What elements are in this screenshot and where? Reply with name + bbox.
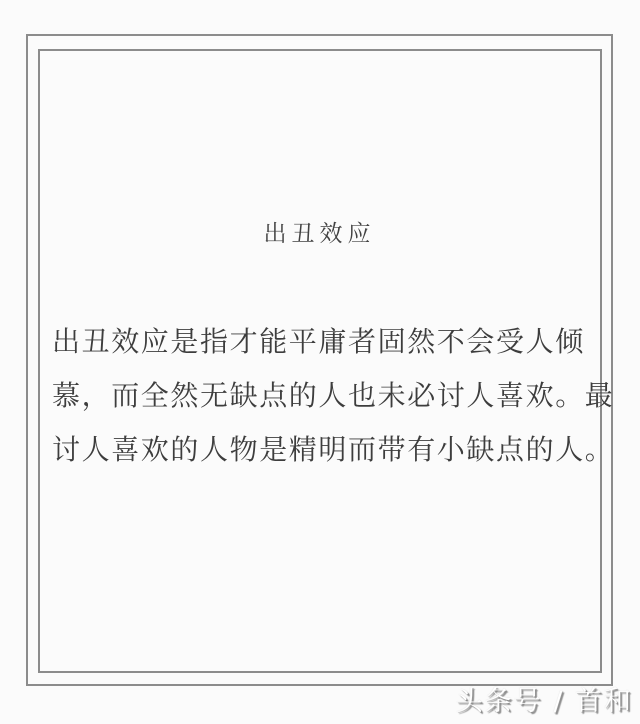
card-title: 出丑效应 bbox=[26, 220, 613, 248]
body-line-2: 慕，而全然无缺点的人也未必讨人喜欢。最 bbox=[52, 369, 597, 423]
body-line-3: 讨人喜欢的人物是精明而带有小缺点的人。 bbox=[52, 423, 597, 477]
card-body: 出丑效应是指才能平庸者固然不会受人倾 慕，而全然无缺点的人也未必讨人喜欢。最 讨… bbox=[52, 315, 597, 477]
quote-card-image: 出丑效应 出丑效应是指才能平庸者固然不会受人倾 慕，而全然无缺点的人也未必讨人喜… bbox=[0, 0, 640, 724]
body-line-1: 出丑效应是指才能平庸者固然不会受人倾 bbox=[52, 315, 597, 369]
watermark-text: 头条号 / 首和 bbox=[456, 686, 633, 718]
